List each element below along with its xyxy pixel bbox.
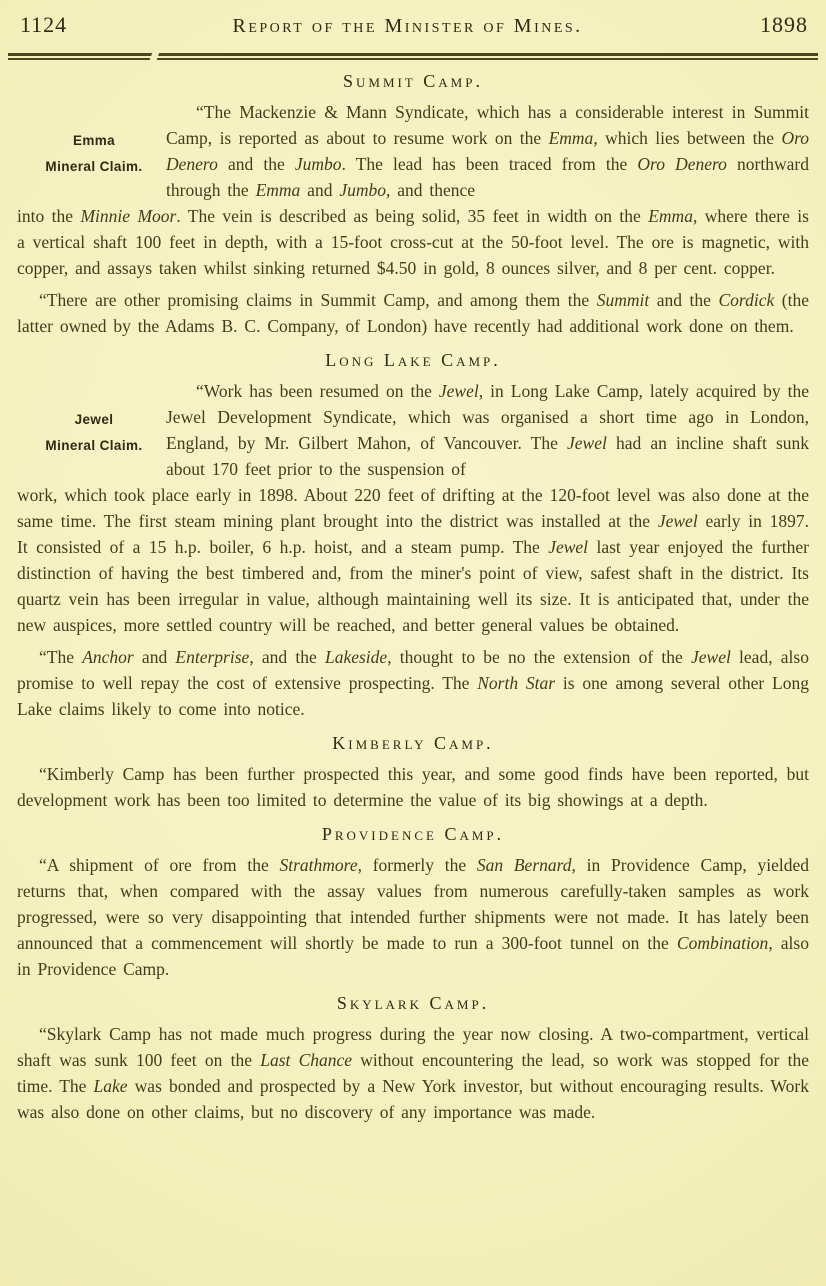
sidenote-line: Mineral Claim.: [29, 154, 159, 180]
long-lake-paragraph-2: “The Anchor and Enterprise, and the Lake…: [17, 644, 809, 722]
summit-paragraph-lead: “The Mackenzie & Mann Syndicate, which h…: [166, 99, 809, 203]
summit-opening-block: Emma Mineral Claim. “The Mackenzie & Man…: [17, 99, 809, 281]
scanned-document-page: 1124 Report of the Minister of Mines. 18…: [0, 0, 826, 1286]
summit-paragraph-continuation: into the Minnie Moor. The vein is descri…: [17, 203, 809, 281]
double-rule: [8, 53, 818, 60]
sidenote-jewel-mineral-claim: Jewel Mineral Claim.: [29, 407, 159, 459]
section-heading-skylark-camp: Skylark Camp.: [17, 993, 809, 1014]
long-lake-opening-block: Jewel Mineral Claim. “Work has been resu…: [17, 378, 809, 638]
section-heading-providence-camp: Providence Camp.: [17, 824, 809, 845]
page-body: Summit Camp. Emma Mineral Claim. “The Ma…: [0, 71, 826, 1125]
long-lake-paragraph-lead: “Work has been resumed on the Jewel, in …: [166, 378, 809, 482]
rule-break-artifact: [147, 52, 159, 66]
kimberly-paragraph: “Kimberly Camp has been further prospect…: [17, 761, 809, 813]
section-heading-long-lake-camp: Long Lake Camp.: [17, 350, 809, 371]
sidenote-emma-mineral-claim: Emma Mineral Claim.: [29, 128, 159, 180]
sidenote-line: Jewel: [29, 407, 159, 433]
section-heading-kimberly-camp: Kimberly Camp.: [17, 733, 809, 754]
summit-paragraph-2: “There are other promising claims in Sum…: [17, 287, 809, 339]
running-head: 1124 Report of the Minister of Mines. 18…: [0, 0, 826, 38]
sidenote-line: Mineral Claim.: [29, 433, 159, 459]
report-title: Report of the Minister of Mines.: [233, 15, 583, 38]
providence-paragraph: “A shipment of ore from the Strathmore, …: [17, 852, 809, 982]
page-number: 1124: [20, 12, 67, 38]
sidenote-line: Emma: [29, 128, 159, 154]
section-heading-summit-camp: Summit Camp.: [17, 71, 809, 92]
report-year: 1898: [760, 12, 808, 38]
skylark-paragraph: “Skylark Camp has not made much progress…: [17, 1021, 809, 1125]
long-lake-paragraph-continuation: work, which took place early in 1898. Ab…: [17, 482, 809, 638]
